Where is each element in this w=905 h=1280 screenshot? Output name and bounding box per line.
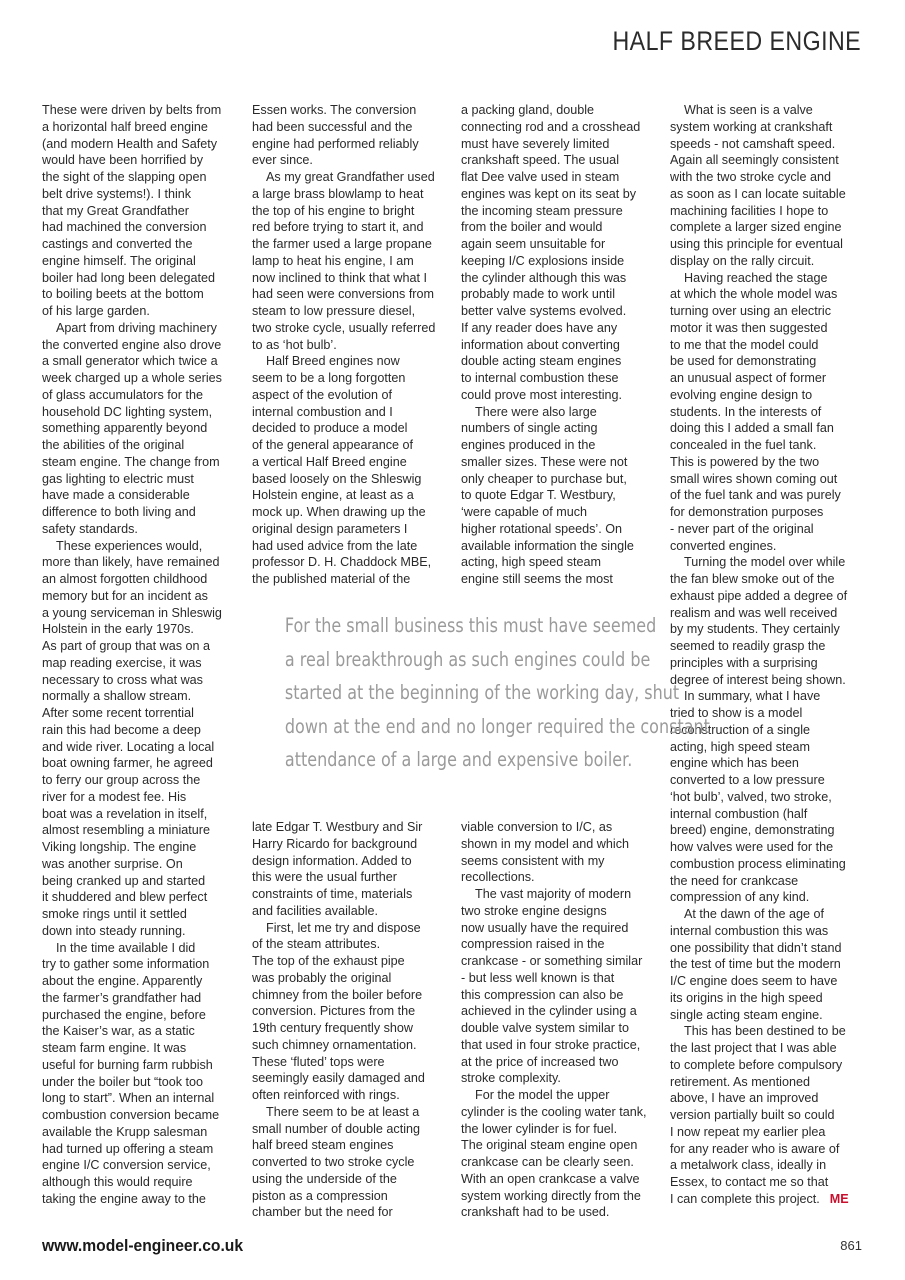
text-line: cylinder is the cooling water tank, <box>461 1104 661 1121</box>
text-line: conversion. Pictures from the <box>252 1003 452 1020</box>
text-line: internal combustion this was <box>670 923 870 940</box>
text-line: small number of double acting <box>252 1121 452 1138</box>
text-line: boat owning farmer, he agreed <box>42 755 242 772</box>
text-line: flat Dee valve used in steam <box>461 169 661 186</box>
text-line: smaller sizes. These were not <box>461 454 661 471</box>
text-line: These experiences would, <box>42 538 242 555</box>
text-line: based loosely on the Shleswig <box>252 471 452 488</box>
paragraph: In the time available I didtry to gather… <box>42 940 242 1208</box>
paragraph: What is seen is a valvesystem working at… <box>670 102 870 270</box>
text-line: These were driven by belts from <box>42 102 242 119</box>
text-line: gas lighting to electric must <box>42 471 242 488</box>
text-line: engine himself. The original <box>42 253 242 270</box>
text-line: the sight of the slapping open <box>42 169 242 186</box>
text-line: doing this I added a small fan <box>670 420 870 437</box>
text-line: chamber but the need for <box>252 1204 452 1221</box>
text-line: a vertical Half Breed engine <box>252 454 452 471</box>
text-line: was another surprise. On <box>42 856 242 873</box>
text-line: combustion process eliminating <box>670 856 870 873</box>
text-line: must have severely limited <box>461 136 661 153</box>
pull-quote-line: attendance of a large and expensive boil… <box>285 743 621 777</box>
text-line: two stroke cycle, usually referred <box>252 320 452 337</box>
text-line: turning over using an electric <box>670 303 870 320</box>
text-line: the need for crankcase <box>670 873 870 890</box>
text-line: boat was a revelation in itself, <box>42 806 242 823</box>
text-line: the cylinder although this was <box>461 270 661 287</box>
text-line: for demonstration purposes <box>670 504 870 521</box>
paragraph: These experiences would,more than likely… <box>42 538 242 940</box>
text-line: mock up. When drawing up the <box>252 504 452 521</box>
text-line: double valve system similar to <box>461 1020 661 1037</box>
text-line: Having reached the stage <box>670 270 870 287</box>
text-column-3-bottom: viable conversion to I/C, asshown in my … <box>461 819 661 1221</box>
text-line: be used for demonstrating <box>670 353 870 370</box>
text-line: (and modern Health and Safety <box>42 136 242 153</box>
text-line: the fan blew smoke out of the <box>670 571 870 588</box>
text-line: an unusual aspect of former <box>670 370 870 387</box>
text-line: What is seen is a valve <box>670 102 870 119</box>
paragraph: late Edgar T. Westbury and SirHarry Rica… <box>252 819 452 920</box>
text-line: decided to produce a model <box>252 420 452 437</box>
paragraph: At the dawn of the age ofinternal combus… <box>670 906 870 1023</box>
text-line: chimney from the boiler before <box>252 987 452 1004</box>
text-line: speeds - not camshaft speed. <box>670 136 870 153</box>
text-line: normally a shallow stream. <box>42 688 242 705</box>
text-line: steam to low pressure diesel, <box>252 303 452 320</box>
pull-quote-line: down at the end and no longer required t… <box>285 710 621 744</box>
text-line: had turned up offering a steam <box>42 1141 242 1158</box>
text-line: down into steady running. <box>42 923 242 940</box>
pull-quote: For the small business this must have se… <box>285 609 621 777</box>
text-line: long to start”. When an internal <box>42 1090 242 1107</box>
text-line: For the model the upper <box>461 1087 661 1104</box>
text-line: smoke rings until it settled <box>42 906 242 923</box>
text-line: a small generator which twice a <box>42 353 242 370</box>
text-line: original design parameters I <box>252 521 452 538</box>
text-line: steam farm engine. It was <box>42 1040 242 1057</box>
text-line: ever since. <box>252 152 452 169</box>
text-line: week charged up a whole series <box>42 370 242 387</box>
text-line: First, let me try and dispose <box>252 920 452 937</box>
text-line: at which the whole model was <box>670 286 870 303</box>
pull-quote-line: started at the beginning of the working … <box>285 676 621 710</box>
text-line: of the steam attributes. <box>252 936 452 953</box>
text-line: concealed in the fuel tank. <box>670 437 870 454</box>
text-line: After some recent torrential <box>42 705 242 722</box>
text-line: This has been destined to be <box>670 1023 870 1040</box>
text-line: using this principle for eventual <box>670 236 870 253</box>
text-line: to boiling beets at the bottom <box>42 286 242 303</box>
text-line: had machined the conversion <box>42 219 242 236</box>
text-line: motor it was then suggested <box>670 320 870 337</box>
text-line: - but less well known is that <box>461 970 661 987</box>
text-line: one possibility that didn’t stand <box>670 940 870 957</box>
text-line: had used advice from the late <box>252 538 452 555</box>
text-column-4: What is seen is a valvesystem working at… <box>670 102 870 1208</box>
text-line: rain this had become a deep <box>42 722 242 739</box>
text-line: purchased the engine, before <box>42 1007 242 1024</box>
text-line: the farmer’s grandfather had <box>42 990 242 1007</box>
paragraph: This has been destined to bethe last pro… <box>670 1023 870 1207</box>
text-line: under the boiler but “took too <box>42 1074 242 1091</box>
text-line: using the underside of the <box>252 1171 452 1188</box>
text-line: for any reader who is aware of <box>670 1141 870 1158</box>
text-line: of the general appearance of <box>252 437 452 454</box>
text-line: had seen were conversions from <box>252 286 452 303</box>
text-line: household DC lighting system, <box>42 404 242 421</box>
text-line: There seem to be at least a <box>252 1104 452 1121</box>
text-line: Holstein engine, at least as a <box>252 487 452 504</box>
text-line: again seem unsuitable for <box>461 236 661 253</box>
text-line: Essex, to contact me so that <box>670 1174 870 1191</box>
text-line: At the dawn of the age of <box>670 906 870 923</box>
text-line: castings and converted the <box>42 236 242 253</box>
text-line: recollections. <box>461 869 661 886</box>
text-line: display on the rally circuit. <box>670 253 870 270</box>
text-line: achieved in the cylinder using a <box>461 1003 661 1020</box>
text-line: As my great Grandfather used <box>252 169 452 186</box>
paragraph: Half Breed engines nowseem to be a long … <box>252 353 452 588</box>
page-number: 861 <box>840 1238 862 1253</box>
pull-quote-line: For the small business this must have se… <box>285 609 621 643</box>
text-line: available the Krupp salesman <box>42 1124 242 1141</box>
text-line: students. In the interests of <box>670 404 870 421</box>
text-line: Apart from driving machinery <box>42 320 242 337</box>
text-line: crankshaft had to be used. <box>461 1204 661 1221</box>
text-line: the converted engine also drove <box>42 337 242 354</box>
text-line: stroke complexity. <box>461 1070 661 1087</box>
text-line: red before trying to start it, and <box>252 219 452 236</box>
text-line: crankcase - or something similar <box>461 953 661 970</box>
text-line: double acting steam engines <box>461 353 661 370</box>
text-line: more than likely, have remained <box>42 554 242 571</box>
text-line: shown in my model and which <box>461 836 661 853</box>
text-line: In summary, what I have <box>670 688 870 705</box>
text-line: now inclined to think that what I <box>252 270 452 287</box>
text-line: ‘were capable of much <box>461 504 661 521</box>
text-line: now usually have the required <box>461 920 661 937</box>
text-line: safety standards. <box>42 521 242 538</box>
text-line: system working directly from the <box>461 1188 661 1205</box>
text-line: of the fuel tank and was purely <box>670 487 870 504</box>
text-line: this compression can also be <box>461 987 661 1004</box>
text-line: design information. Added to <box>252 853 452 870</box>
text-line: with the two stroke cycle and <box>670 169 870 186</box>
text-line: I/C engine does seem to have <box>670 973 870 990</box>
text-line: system working at crankshaft <box>670 119 870 136</box>
text-line: These ‘fluted’ tops were <box>252 1054 452 1071</box>
text-line: necessary to cross what was <box>42 672 242 689</box>
text-line: the farmer used a large propane <box>252 236 452 253</box>
text-line: numbers of single acting <box>461 420 661 437</box>
text-line: useful for burning farm rubbish <box>42 1057 242 1074</box>
text-line: steam engine. The change from <box>42 454 242 471</box>
text-line: had been successful and the <box>252 119 452 136</box>
text-line: small wires shown coming out <box>670 471 870 488</box>
text-line: engine still seems the most <box>461 571 661 588</box>
paragraph: There were also largenumbers of single a… <box>461 404 661 588</box>
text-line: a metalwork class, ideally in <box>670 1157 870 1174</box>
text-line: Harry Ricardo for background <box>252 836 452 853</box>
text-line: lamp to heat his engine, I am <box>252 253 452 270</box>
text-line: how valves were used for the <box>670 839 870 856</box>
text-line: to complete before compulsory <box>670 1057 870 1074</box>
text-line: boiler had long been delegated <box>42 270 242 287</box>
text-line: would have been horrified by <box>42 152 242 169</box>
text-line: engine I/C conversion service, <box>42 1157 242 1174</box>
text-line: to quote Edgar T. Westbury, <box>461 487 661 504</box>
text-line: Holstein in the early 1970s. <box>42 621 242 638</box>
text-line: the lower cylinder is for fuel. <box>461 1121 661 1138</box>
text-line: acting, high speed steam <box>670 739 870 756</box>
text-line: breed) engine, demonstrating <box>670 822 870 839</box>
text-column-1: These were driven by belts froma horizon… <box>42 102 242 1208</box>
text-column-2-bottom: late Edgar T. Westbury and SirHarry Rica… <box>252 819 452 1221</box>
text-line: higher rotational speeds’. On <box>461 521 661 538</box>
text-line: viable conversion to I/C, as <box>461 819 661 836</box>
text-line: engines produced in the <box>461 437 661 454</box>
text-line: the incoming steam pressure <box>461 203 661 220</box>
text-line: map reading exercise, it was <box>42 655 242 672</box>
text-line: In the time available I did <box>42 940 242 957</box>
text-line: try to gather some information <box>42 956 242 973</box>
text-line: from the boiler and would <box>461 219 661 236</box>
text-line: river for a modest fee. His <box>42 789 242 806</box>
text-line: exhaust pipe added a degree of <box>670 588 870 605</box>
text-line: Essen works. The conversion <box>252 102 452 119</box>
text-line: compression of any kind. <box>670 889 870 906</box>
text-line: Again all seemingly consistent <box>670 152 870 169</box>
text-line: could prove most interesting. <box>461 387 661 404</box>
text-line: and facilities available. <box>252 903 452 920</box>
text-line: aspect of the evolution of <box>252 387 452 404</box>
text-line: internal combustion (half <box>670 806 870 823</box>
paragraph: For the model the uppercylinder is the c… <box>461 1087 661 1221</box>
text-line: to internal combustion these <box>461 370 661 387</box>
text-line: was probably the original <box>252 970 452 987</box>
text-line: the test of time but the modern <box>670 956 870 973</box>
text-line: as soon as I can locate suitable <box>670 186 870 203</box>
text-line: constraints of time, materials <box>252 886 452 903</box>
text-line: and wide river. Locating a local <box>42 739 242 756</box>
text-line: evolving engine design to <box>670 387 870 404</box>
paragraph: Turning the model over whilethe fan blew… <box>670 554 870 688</box>
paragraph: viable conversion to I/C, asshown in my … <box>461 819 661 886</box>
text-line: version partially built so could <box>670 1107 870 1124</box>
text-line: I can complete this project. <box>670 1192 820 1206</box>
text-line: engine had performed reliably <box>252 136 452 153</box>
text-line: As part of group that was on a <box>42 638 242 655</box>
text-line: seem to be a long forgotten <box>252 370 452 387</box>
text-line: a large brass blowlamp to heat <box>252 186 452 203</box>
text-line: difference to both living and <box>42 504 242 521</box>
text-line: the last project that I was able <box>670 1040 870 1057</box>
text-line: it shuddered and blew perfect <box>42 889 242 906</box>
text-line: a young serviceman in Shleswig <box>42 605 242 622</box>
text-line: internal combustion and I <box>252 404 452 421</box>
text-line: belt drive systems!). I think <box>42 186 242 203</box>
text-line: the abilities of the original <box>42 437 242 454</box>
text-line: I now repeat my earlier plea <box>670 1124 870 1141</box>
paragraph: Apart from driving machinerythe converte… <box>42 320 242 538</box>
text-line: Turning the model over while <box>670 554 870 571</box>
text-line: connecting rod and a crosshead <box>461 119 661 136</box>
text-line: this were the usual further <box>252 869 452 886</box>
text-line: that used in four stroke practice, <box>461 1037 661 1054</box>
pull-quote-line: a real breakthrough as such engines coul… <box>285 643 621 677</box>
text-line: often reinforced with rings. <box>252 1087 452 1104</box>
text-line: seemed to readily grasp the <box>670 638 870 655</box>
paragraph: The vast majority of moderntwo stroke en… <box>461 886 661 1087</box>
text-line: converted to a low pressure <box>670 772 870 789</box>
text-line: There were also large <box>461 404 661 421</box>
text-column-3-top: a packing gland, doubleconnecting rod an… <box>461 102 661 588</box>
text-line: by my students. They certainly <box>670 621 870 638</box>
text-line: available information the single <box>461 538 661 555</box>
text-line: The original steam engine open <box>461 1137 661 1154</box>
text-line: keeping I/C explosions inside <box>461 253 661 270</box>
text-line: principles with a surprising <box>670 655 870 672</box>
paragraph: Essen works. The conversionhad been succ… <box>252 102 452 169</box>
text-line: probably made to work until <box>461 286 661 303</box>
text-line: something apparently beyond <box>42 420 242 437</box>
paragraph: a packing gland, doubleconnecting rod an… <box>461 102 661 404</box>
text-line: of his large garden. <box>42 303 242 320</box>
text-line: to me that the model could <box>670 337 870 354</box>
text-line: late Edgar T. Westbury and Sir <box>252 819 452 836</box>
text-line: taking the engine away to the <box>42 1191 242 1208</box>
text-line: of glass accumulators for the <box>42 387 242 404</box>
text-line: the Kaiser’s war, as a static <box>42 1023 242 1040</box>
text-line: retirement. As mentioned <box>670 1074 870 1091</box>
text-line: ‘hot bulb’, valved, two stroke, <box>670 789 870 806</box>
text-line: 19th century frequently show <box>252 1020 452 1037</box>
text-line: have made a considerable <box>42 487 242 504</box>
text-line: an almost forgotten childhood <box>42 571 242 588</box>
text-line: converted engines. <box>670 538 870 555</box>
text-line: above, I have an improved <box>670 1090 870 1107</box>
text-line: combustion conversion became <box>42 1107 242 1124</box>
text-line: to ferry our group across the <box>42 772 242 789</box>
text-line: the top of his engine to bright <box>252 203 452 220</box>
text-line: acting, high speed steam <box>461 554 661 571</box>
text-line: memory but for an incident as <box>42 588 242 605</box>
paragraph: These were driven by belts froma horizon… <box>42 102 242 320</box>
text-line: compression raised in the <box>461 936 661 953</box>
text-line: If any reader does have any <box>461 320 661 337</box>
paragraph: As my great Grandfather useda large bras… <box>252 169 452 353</box>
text-line: crankshaft speed. The usual <box>461 152 661 169</box>
text-line: although this would require <box>42 1174 242 1191</box>
paragraph: First, let me try and disposeof the stea… <box>252 920 452 1104</box>
text-line: the published material of the <box>252 571 452 588</box>
text-line: converted to two stroke cycle <box>252 1154 452 1171</box>
text-line: to as ‘hot bulb’. <box>252 337 452 354</box>
text-line: better valve systems evolved. <box>461 303 661 320</box>
text-line: such chimney ornamentation. <box>252 1037 452 1054</box>
text-line: Half Breed engines now <box>252 353 452 370</box>
text-line: The top of the exhaust pipe <box>252 953 452 970</box>
text-line: that my Great Grandfather <box>42 203 242 220</box>
text-line: a packing gland, double <box>461 102 661 119</box>
paragraph: There seem to be at least asmall number … <box>252 1104 452 1221</box>
text-line: realism and was well received <box>670 605 870 622</box>
text-line: seems consistent with my <box>461 853 661 870</box>
text-line: being cranked up and started <box>42 873 242 890</box>
text-line: almost resembling a miniature <box>42 822 242 839</box>
text-line: a horizontal half breed engine <box>42 119 242 136</box>
text-line: complete a larger sized engine <box>670 219 870 236</box>
end-mark: ME <box>830 1192 849 1206</box>
text-line: only cheaper to purchase but, <box>461 471 661 488</box>
text-line: professor D. H. Chaddock MBE, <box>252 554 452 571</box>
text-line: degree of interest being shown. <box>670 672 870 689</box>
text-line: its origins in the high speed <box>670 990 870 1007</box>
text-line: crankcase can be clearly seen. <box>461 1154 661 1171</box>
text-line: engines was kept on its seat by <box>461 186 661 203</box>
text-line: about the engine. Apparently <box>42 973 242 990</box>
text-line: information about converting <box>461 337 661 354</box>
text-line: single acting steam engine. <box>670 1007 870 1024</box>
text-line: Viking longship. The engine <box>42 839 242 856</box>
text-line: seemingly easily damaged and <box>252 1070 452 1087</box>
text-line: With an open crankcase a valve <box>461 1171 661 1188</box>
text-line: engine which has been <box>670 755 870 772</box>
text-line: at the price of increased two <box>461 1054 661 1071</box>
website-url[interactable]: www.model-engineer.co.uk <box>42 1236 243 1256</box>
section-title: HALF BREED ENGINE <box>612 26 861 57</box>
text-line: - never part of the original <box>670 521 870 538</box>
text-line: piston as a compression <box>252 1188 452 1205</box>
text-line: machining facilities I hope to <box>670 203 870 220</box>
text-line: half breed steam engines <box>252 1137 452 1154</box>
text-line: The vast majority of modern <box>461 886 661 903</box>
paragraph: Having reached the stageat which the who… <box>670 270 870 555</box>
text-line: This is powered by the two <box>670 454 870 471</box>
text-column-2-top: Essen works. The conversionhad been succ… <box>252 102 452 588</box>
text-line: two stroke engine designs <box>461 903 661 920</box>
